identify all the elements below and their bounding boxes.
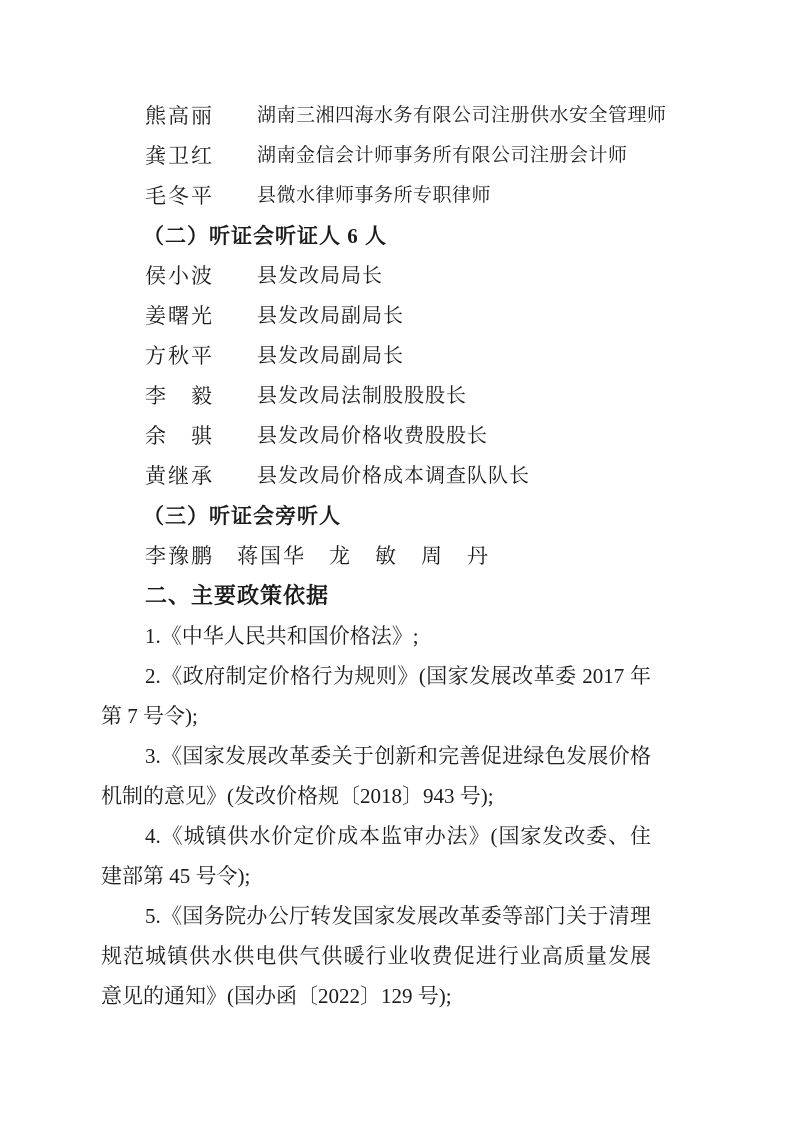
person-row: 龚卫红 湖南金信会计师事务所有限公司注册会计师 [101,136,651,176]
person-row: 姜曙光 县发改局副局长 [101,296,651,336]
policy-line: 2.《政府制定价格行为规则》(国家发展改革委 2017 年 [101,656,651,696]
person-name: 毛冬平 [145,176,257,216]
person-title: 县微水律师事务所专职律师 [257,176,491,216]
person-title: 县发改局副局长 [257,336,404,376]
policy-line: 第 7 号令); [101,696,651,736]
person-row: 黄继承 县发改局价格成本调查队队长 [101,456,651,496]
policy-list: 1.《中华人民共和国价格法》; 2.《政府制定价格行为规则》(国家发展改革委 2… [101,616,651,1016]
person-name: 姜曙光 [145,296,257,336]
person-title: 县发改局法制股股股长 [257,376,467,416]
person-title: 县发改局价格收费股股长 [257,416,488,456]
observer-names: 李豫鹏 蒋国华 龙 敏 周 丹 [101,536,651,576]
officer-roster: 侯小波 县发改局局长 姜曙光 县发改局副局长 方秋平 县发改局副局长 李 毅 县… [101,256,651,496]
expert-roster: 熊高丽 湖南三湘四海水务有限公司注册供水安全管理师 龚卫红 湖南金信会计师事务所… [101,96,651,216]
person-row: 余 骐 县发改局价格收费股股长 [101,416,651,456]
document-content: 熊高丽 湖南三湘四海水务有限公司注册供水安全管理师 龚卫红 湖南金信会计师事务所… [101,96,651,1016]
person-row: 方秋平 县发改局副局长 [101,336,651,376]
person-name: 黄继承 [145,456,257,496]
person-title: 湖南金信会计师事务所有限公司注册会计师 [257,136,628,176]
policy-line: 3.《国家发展改革委关于创新和完善促进绿色发展价格 [101,736,651,776]
document-page: 熊高丽 湖南三湘四海水务有限公司注册供水安全管理师 龚卫红 湖南金信会计师事务所… [0,0,793,1121]
policy-line: 意见的通知》(国办函〔2022〕129 号); [101,976,651,1016]
person-name: 余 骐 [145,416,257,456]
section-heading-hearers: （二）听证会听证人 6 人 [101,216,651,256]
policy-line: 建部第 45 号令); [101,856,651,896]
policy-line: 4.《城镇供水价定价成本监审办法》(国家发改委、住 [101,816,651,856]
policy-line: 5.《国务院办公厅转发国家发展改革委等部门关于清理 [101,896,651,936]
person-title: 县发改局价格成本调查队队长 [257,456,530,496]
person-row: 李 毅 县发改局法制股股股长 [101,376,651,416]
policy-line: 机制的意见》(发改价格规〔2018〕943 号); [101,776,651,816]
section-heading-observers: （三）听证会旁听人 [101,496,651,536]
person-name: 龚卫红 [145,136,257,176]
person-name: 熊高丽 [145,96,257,136]
person-name: 李 毅 [145,376,257,416]
person-name: 侯小波 [145,256,257,296]
policy-line: 1.《中华人民共和国价格法》; [101,616,651,656]
person-row: 熊高丽 湖南三湘四海水务有限公司注册供水安全管理师 [101,96,651,136]
person-row: 侯小波 县发改局局长 [101,256,651,296]
person-row: 毛冬平 县微水律师事务所专职律师 [101,176,651,216]
person-title: 湖南三湘四海水务有限公司注册供水安全管理师 [257,96,667,136]
person-name: 方秋平 [145,336,257,376]
policy-line: 规范城镇供水供电供气供暖行业收费促进行业高质量发展 [101,936,651,976]
person-title: 县发改局副局长 [257,296,404,336]
person-title: 县发改局局长 [257,256,383,296]
part-heading-policy: 二、主要政策依据 [101,576,651,616]
